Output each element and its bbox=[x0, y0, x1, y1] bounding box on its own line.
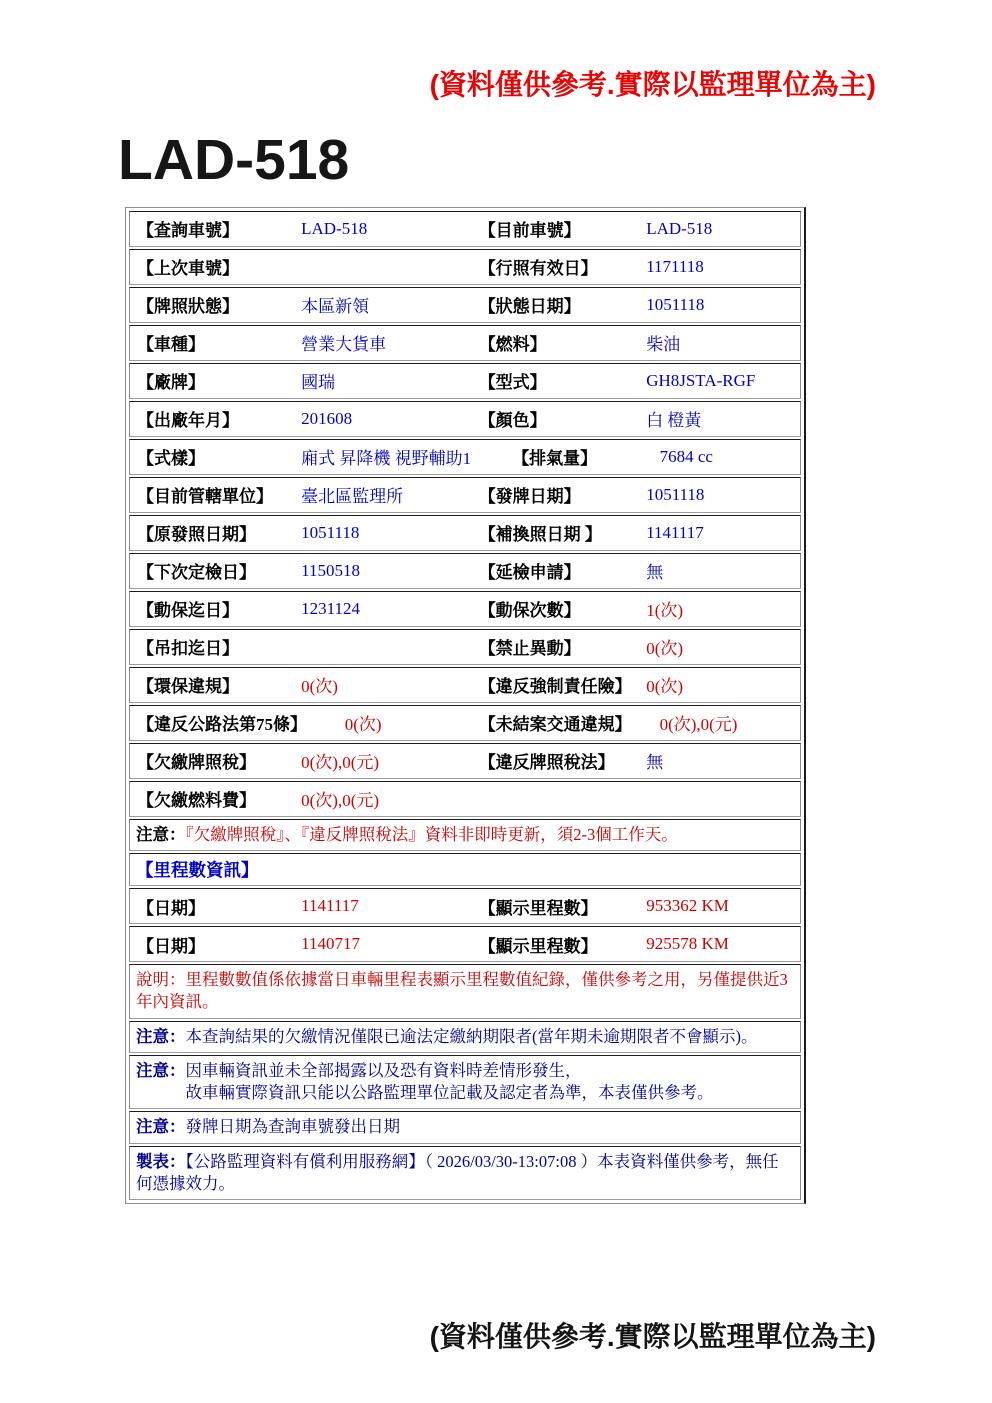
field-value: 1051118 bbox=[639, 293, 800, 317]
field-label: 【吊扣迄日】 bbox=[130, 632, 294, 661]
field-label: 【行照有效日】 bbox=[472, 252, 640, 281]
field-label: 【未結案交通違規】 bbox=[472, 708, 653, 737]
field-value: 0(次) bbox=[338, 708, 472, 737]
field-label: 【燃料】 bbox=[472, 328, 640, 357]
field-value: 營業大貨車 bbox=[294, 328, 472, 357]
field-value: GH8JSTA-RGF bbox=[639, 369, 800, 393]
section-header: 【里程數資訊】 bbox=[129, 853, 801, 886]
table-row: 【目前管轄單位】臺北區監理所【發牌日期】1051118 bbox=[129, 477, 801, 513]
note-row: 注意：發牌日期為查詢車號發出日期 bbox=[129, 1111, 801, 1143]
field-label: 【環保違規】 bbox=[130, 670, 294, 699]
note-row: 製表：【公路監理資料有償利用服務網】（ 2026/03/30-13:07:08 … bbox=[129, 1146, 801, 1201]
field-value: 1141117 bbox=[639, 521, 800, 545]
field-label: 【狀態日期】 bbox=[472, 290, 640, 319]
field-label: 【欠繳燃料費】 bbox=[130, 784, 294, 813]
note-prefix: 注意： bbox=[136, 1061, 186, 1080]
field-value: 本區新領 bbox=[294, 290, 472, 319]
field-label: 【上次車號】 bbox=[130, 252, 294, 281]
field-label: 【出廠年月】 bbox=[130, 404, 294, 433]
field-label: 【排氣量】 bbox=[505, 442, 652, 471]
field-label: 【顯示里程數】 bbox=[472, 930, 640, 959]
field-label: 【違反強制責任險】 bbox=[472, 670, 640, 699]
field-label: 【禁止異動】 bbox=[472, 632, 640, 661]
field-label: 【原發照日期】 bbox=[130, 518, 294, 547]
table-row: 【日期】1141117【顯示里程數】953362 KM bbox=[129, 888, 801, 924]
note-prefix: 注意： bbox=[136, 1027, 186, 1046]
field-label: 【目前車號】 bbox=[472, 214, 640, 243]
bottom-disclaimer: (資料僅供參考.實際以監理單位為主) bbox=[0, 1322, 992, 1353]
field-value: 1(次) bbox=[639, 594, 800, 623]
table-row: 【廠牌】國瑞【型式】GH8JSTA-RGF bbox=[129, 363, 801, 399]
table-rows-container: 【查詢車號】LAD-518【目前車號】LAD-518【上次車號】【行照有效日】1… bbox=[129, 211, 801, 1200]
field-value: 1051118 bbox=[294, 521, 472, 545]
table-row: 【式樣】廂式 昇降機 視野輔助1【排氣量】7684 cc bbox=[129, 439, 801, 475]
field-value: 953362 KM bbox=[639, 894, 800, 918]
field-label: 【下次定檢日】 bbox=[130, 556, 294, 585]
table-row: 【環保違規】0(次)【違反強制責任險】0(次) bbox=[129, 667, 801, 703]
field-value: 0(次),0(元) bbox=[294, 746, 472, 775]
note-row: 注意：『欠繳牌照稅』、『違反牌照稅法』資料非即時更新，須2-3個工作天。 bbox=[129, 819, 801, 851]
field-label: 【延檢申請】 bbox=[472, 556, 640, 585]
field-label: 【目前管轄單位】 bbox=[130, 480, 294, 509]
table-row: 【原發照日期】1051118【補換照日期 】1141117 bbox=[129, 515, 801, 551]
note-prefix: 注意： bbox=[136, 1117, 186, 1136]
field-value: 臺北區監理所 bbox=[294, 480, 472, 509]
field-label: 【牌照狀態】 bbox=[130, 290, 294, 319]
field-label: 【日期】 bbox=[130, 892, 294, 921]
field-value: 0(次) bbox=[639, 670, 800, 699]
field-value: 無 bbox=[639, 556, 800, 585]
field-value: 1141117 bbox=[294, 894, 472, 918]
table-row: 【日期】1140717【顯示里程數】925578 KM bbox=[129, 926, 801, 962]
field-label: 【顏色】 bbox=[472, 404, 640, 433]
top-disclaimer: (資料僅供參考.實際以監理單位為主) bbox=[0, 0, 992, 101]
field-value: 7684 cc bbox=[653, 445, 800, 469]
field-value: 0(次) bbox=[639, 632, 800, 661]
field-label: 【發牌日期】 bbox=[472, 480, 640, 509]
field-label: 【車種】 bbox=[130, 328, 294, 357]
field-value: 廂式 昇降機 視野輔助1 bbox=[294, 442, 505, 471]
note-text: 里程數數值係依據當日車輛里程表顯示里程數值紀錄，僅供參考之用，另僅提供近3年內資… bbox=[136, 970, 788, 1011]
field-value bbox=[294, 265, 472, 269]
field-value: 1231124 bbox=[294, 597, 472, 621]
note-prefix: 注意： bbox=[136, 825, 186, 844]
field-label: 【型式】 bbox=[472, 366, 640, 395]
page-title: LAD-518 bbox=[118, 127, 992, 193]
table-row: 【車種】營業大貨車【燃料】柴油 bbox=[129, 325, 801, 361]
field-label: 【欠繳牌照稅】 bbox=[130, 746, 294, 775]
field-label: 【查詢車號】 bbox=[130, 214, 294, 243]
field-label: 【顯示里程數】 bbox=[472, 892, 640, 921]
field-value: 1051118 bbox=[639, 483, 800, 507]
table-row: 【出廠年月】201608【顏色】白 橙黃 bbox=[129, 401, 801, 437]
note-row: 注意：因車輛資訊並未全部揭露以及恐有資料時差情形發生， 故車輛實際資訊只能以公路… bbox=[129, 1055, 801, 1110]
field-value: 0(次),0(元) bbox=[653, 708, 800, 737]
field-value: 0(次) bbox=[294, 670, 472, 699]
field-value: 0(次),0(元) bbox=[294, 784, 472, 813]
field-value: 國瑞 bbox=[294, 366, 472, 395]
note-text: 本查詢結果的欠繳情況僅限已逾法定繳納期限者(當年期未逾期限者不會顯示)。 bbox=[186, 1027, 758, 1046]
table-row: 【下次定檢日】1150518【延檢申請】無 bbox=[129, 553, 801, 589]
field-value: 柴油 bbox=[639, 328, 800, 357]
note-text: 【公路監理資料有償利用服務網】（ 2026/03/30-13:07:08 ）本表… bbox=[136, 1152, 779, 1193]
field-value: 白 橙黃 bbox=[639, 404, 800, 433]
field-label: 【廠牌】 bbox=[130, 366, 294, 395]
note-text: 因車輛資訊並未全部揭露以及恐有資料時差情形發生， 故車輛實際資訊只能以公路監理單… bbox=[136, 1061, 714, 1102]
field-label: 【動保迄日】 bbox=[130, 594, 294, 623]
table-row: 【牌照狀態】本區新領【狀態日期】1051118 bbox=[129, 287, 801, 323]
note-row: 注意：本查詢結果的欠繳情況僅限已逾法定繳納期限者(當年期未逾期限者不會顯示)。 bbox=[129, 1021, 801, 1053]
note-text: 說明： bbox=[136, 970, 186, 989]
field-value: 無 bbox=[639, 746, 800, 775]
table-row: 【欠繳燃料費】0(次),0(元) bbox=[129, 781, 801, 817]
vehicle-record-table: 【查詢車號】LAD-518【目前車號】LAD-518【上次車號】【行照有效日】1… bbox=[125, 207, 806, 1204]
field-value: 201608 bbox=[294, 407, 472, 431]
table-row: 【欠繳牌照稅】0(次),0(元)【違反牌照稅法】無 bbox=[129, 743, 801, 779]
table-row: 【查詢車號】LAD-518【目前車號】LAD-518 bbox=[129, 211, 801, 247]
note-prefix: 製表： bbox=[136, 1152, 186, 1171]
note-text: 發牌日期為查詢車號發出日期 bbox=[186, 1117, 401, 1136]
field-label: 【補換照日期 】 bbox=[472, 518, 640, 547]
field-value: LAD-518 bbox=[294, 217, 472, 241]
field-value: 1171118 bbox=[639, 255, 800, 279]
field-value bbox=[294, 645, 472, 649]
note-row: 說明：里程數數值係依據當日車輛里程表顯示里程數值紀錄，僅供參考之用，另僅提供近3… bbox=[129, 964, 801, 1019]
field-value: 1140717 bbox=[294, 932, 472, 956]
table-row: 【違反公路法第75條】0(次)【未結案交通違規】0(次),0(元) bbox=[129, 705, 801, 741]
table-row: 【上次車號】【行照有效日】1171118 bbox=[129, 249, 801, 285]
field-label bbox=[472, 797, 800, 801]
field-label: 【違反牌照稅法】 bbox=[472, 746, 640, 775]
field-label: 【違反公路法第75條】 bbox=[130, 708, 338, 737]
field-label: 【式樣】 bbox=[130, 442, 294, 471]
field-value: 925578 KM bbox=[639, 932, 800, 956]
table-row: 【動保迄日】1231124【動保次數】1(次) bbox=[129, 591, 801, 627]
table-row: 【吊扣迄日】【禁止異動】0(次) bbox=[129, 629, 801, 665]
note-text: 『欠繳牌照稅』、『違反牌照稅法』資料非即時更新，須2-3個工作天。 bbox=[186, 825, 678, 844]
field-value: LAD-518 bbox=[639, 217, 800, 241]
field-label: 【動保次數】 bbox=[472, 594, 640, 623]
field-label: 【日期】 bbox=[130, 930, 294, 959]
field-value: 1150518 bbox=[294, 559, 472, 583]
